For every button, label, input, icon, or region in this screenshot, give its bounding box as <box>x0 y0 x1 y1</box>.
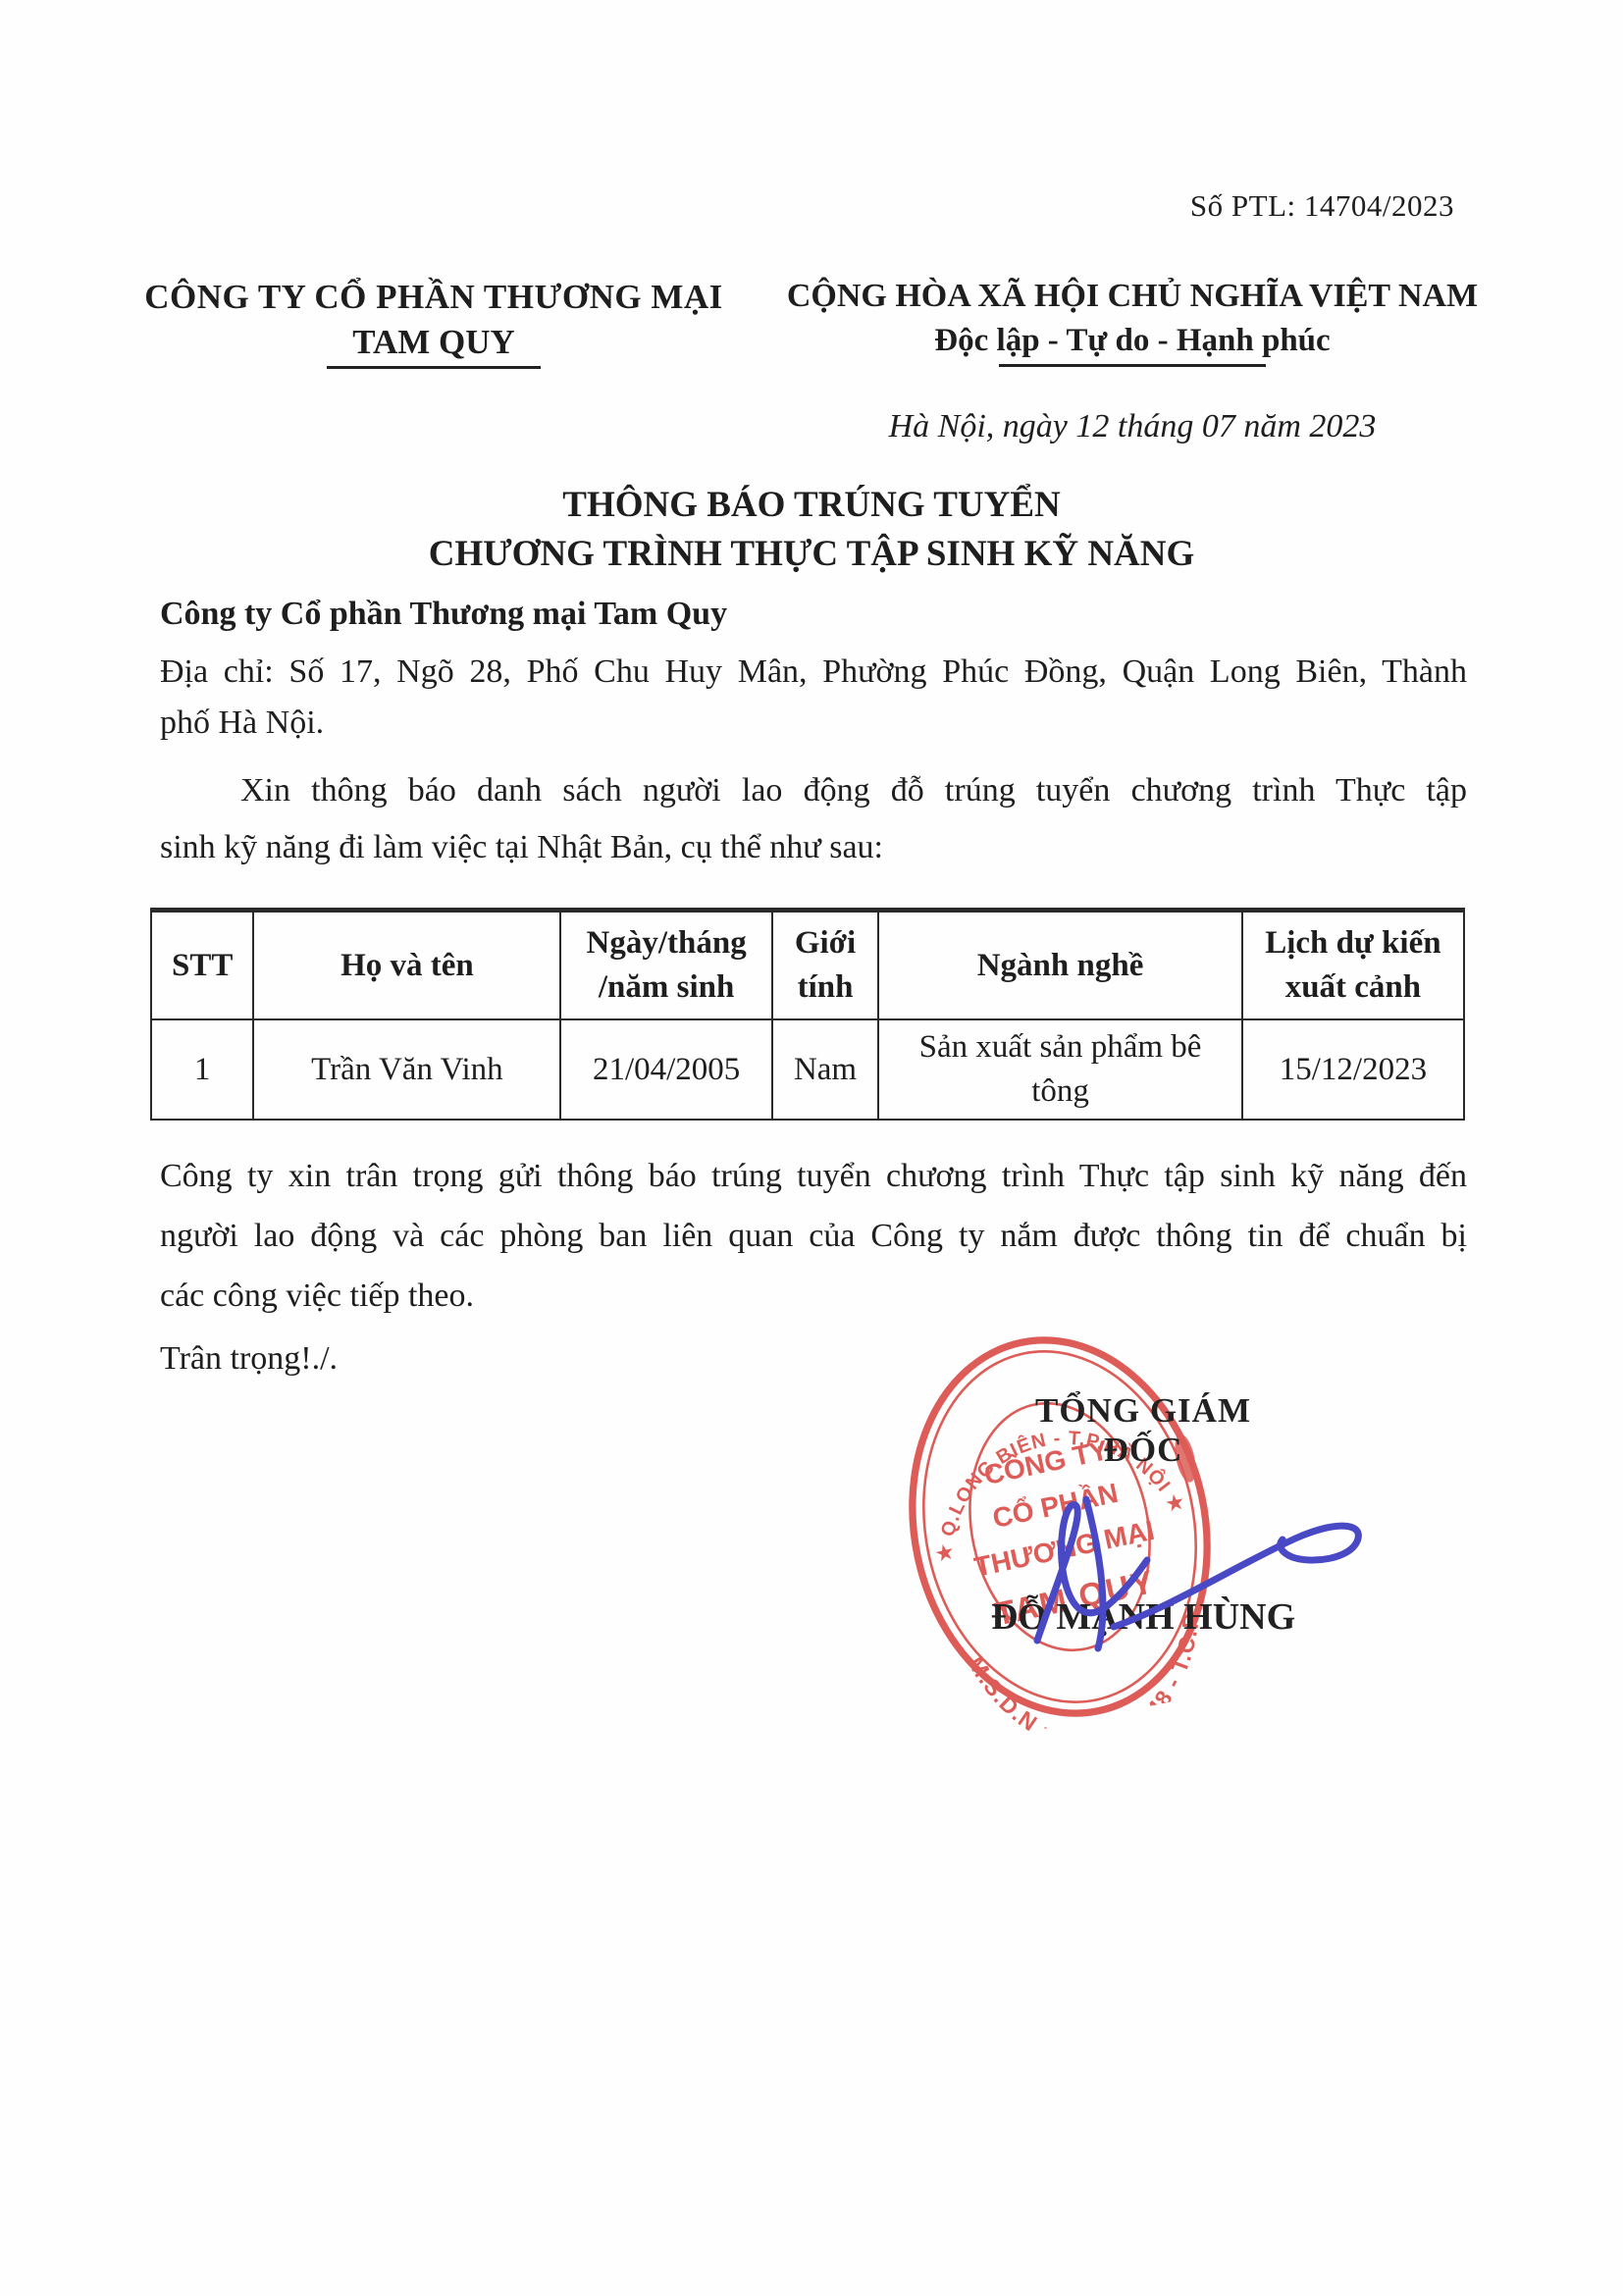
col-header-stt: STT <box>151 911 253 1020</box>
col-header-occupation: Ngành nghề <box>878 911 1242 1020</box>
intro-paragraph: Xin thông báo danh sách người lao động đ… <box>160 762 1467 876</box>
closing-line1: Công ty xin trân trọng gửi thông báo trú… <box>160 1146 1467 1206</box>
national-motto-line2: Độc lập - Tự do - Hạnh phúc <box>773 323 1492 359</box>
company-address-line1: Địa chỉ: Số 17, Ngõ 28, Phố Chu Huy Mân,… <box>160 647 1467 698</box>
regards-line: Trân trọng!./. <box>160 1340 338 1378</box>
table-header-row: STT Họ và tên Ngày/tháng /năm sinh Giới … <box>151 911 1464 1020</box>
signer-title: TỔNG GIÁM ĐỐC <box>991 1391 1295 1470</box>
national-motto-underline <box>999 364 1266 367</box>
col-header-name: Họ và tên <box>253 911 560 1020</box>
signature-ink-icon <box>976 1462 1398 1658</box>
company-info: Công ty Cổ phần Thương mại Tam Quy Địa c… <box>160 596 1467 876</box>
signature-area: M.S.D.N : 0105758048 - T.C.P ★ Q.LONG BI… <box>883 1325 1433 1747</box>
candidate-table: STT Họ và tên Ngày/tháng /năm sinh Giới … <box>150 908 1465 1121</box>
intro-line2: sinh kỹ năng đi làm việc tại Nhật Bản, c… <box>160 819 1467 876</box>
document-page: Số PTL: 14704/2023 CÔNG TY CỔ PHẦN THƯƠN… <box>0 0 1623 2296</box>
closing-paragraph: Công ty xin trân trọng gửi thông báo trú… <box>160 1146 1467 1326</box>
cell-name: Trần Văn Vinh <box>253 1019 560 1120</box>
document-title-line2: CHƯƠNG TRÌNH THỰC TẬP SINH KỸ NĂNG <box>0 530 1623 579</box>
closing-line3: các công việc tiếp theo. <box>160 1266 1467 1326</box>
cell-occupation: Sản xuất sản phẩm bê tông <box>878 1019 1242 1120</box>
cell-departure: 15/12/2023 <box>1242 1019 1464 1120</box>
company-header: CÔNG TY CỔ PHẦN THƯƠNG MẠI TAM QUY <box>116 278 752 369</box>
cell-gender: Nam <box>772 1019 878 1120</box>
document-title: THÔNG BÁO TRÚNG TUYỂN CHƯƠNG TRÌNH THỰC … <box>0 481 1623 579</box>
company-address-line2: phố Hà Nội. <box>160 698 1467 749</box>
col-header-departure: Lịch dự kiến xuất cảnh <box>1242 911 1464 1020</box>
company-header-line1: CÔNG TY CỔ PHẦN THƯƠNG MẠI <box>116 278 752 317</box>
national-motto-line1: CỘNG HÒA XÃ HỘI CHỦ NGHĨA VIỆT NAM <box>773 278 1492 315</box>
document-title-line1: THÔNG BÁO TRÚNG TUYỂN <box>0 481 1623 530</box>
table-row: 1 Trần Văn Vinh 21/04/2005 Nam Sản xuất … <box>151 1019 1464 1120</box>
company-name: Công ty Cổ phần Thương mại Tam Quy <box>160 596 1467 633</box>
col-header-gender: Giới tính <box>772 911 878 1020</box>
col-header-dob: Ngày/tháng /năm sinh <box>560 911 771 1020</box>
date-line: Hà Nội, ngày 12 tháng 07 năm 2023 <box>773 408 1492 445</box>
closing-line2: người lao động và các phòng ban liên qua… <box>160 1206 1467 1266</box>
cell-stt: 1 <box>151 1019 253 1120</box>
national-header: CỘNG HÒA XÃ HỘI CHỦ NGHĨA VIỆT NAM Độc l… <box>773 278 1492 367</box>
company-header-underline <box>327 366 541 369</box>
company-header-line2: TAM QUY <box>116 323 752 362</box>
intro-line1: Xin thông báo danh sách người lao động đ… <box>160 762 1467 819</box>
reference-number: Số PTL: 14704/2023 <box>1190 188 1454 224</box>
cell-dob: 21/04/2005 <box>560 1019 771 1120</box>
